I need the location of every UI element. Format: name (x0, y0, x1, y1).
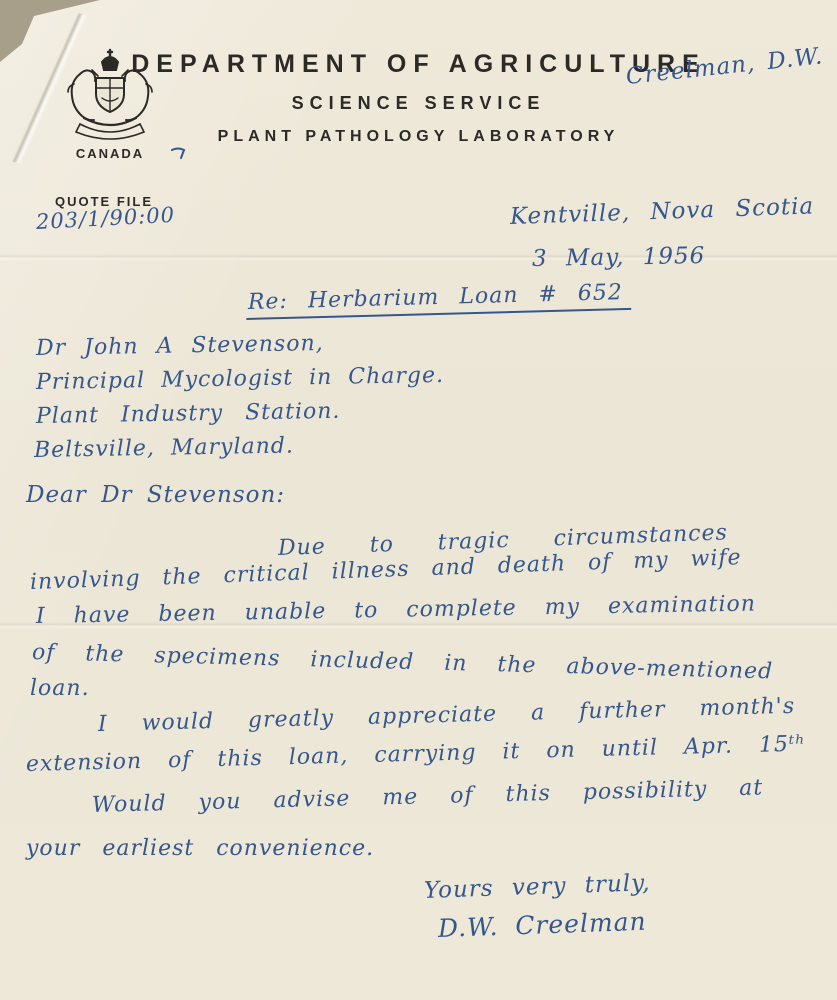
recipient-line: Dr John A Stevenson, (36, 331, 324, 361)
pen-tick-mark-icon (170, 146, 190, 162)
dateline-date: 3 May, 1956 (532, 243, 706, 272)
letter-page: CANADA DEPARTMENT OF AGRICULTURE SCIENCE… (0, 0, 837, 1000)
crest-caption: CANADA (58, 146, 162, 161)
body-line: extension of this loan, carrying it on u… (26, 732, 807, 777)
recipient-line: Principal Mycologist in Charge. (36, 363, 444, 395)
letterhead-division: PLANT PATHOLOGY LABORATORY (0, 128, 837, 146)
body-line: of the specimens included in the above-m… (32, 640, 774, 684)
letterhead-subtitle: SCIENCE SERVICE (0, 93, 837, 114)
body-line: loan. (30, 676, 90, 701)
body-line: your earliest convenience. (26, 836, 374, 861)
body-line: I would greatly appreciate a further mon… (98, 694, 796, 737)
paper-crease (0, 252, 837, 262)
valediction: Yours very truly, (424, 870, 651, 904)
recipient-line: Plant Industry Station. (36, 399, 341, 429)
dateline-place: Kentville, Nova Scotia (510, 193, 815, 230)
salutation: Dear Dr Stevenson: (26, 482, 285, 508)
recipient-line: Beltsville, Maryland. (34, 433, 294, 463)
signature: D.W. Creelman (437, 907, 647, 943)
subject-line: Re: Herbarium Loan # 652 (246, 280, 632, 320)
body-line: Would you advise me of this possibility … (92, 775, 764, 818)
